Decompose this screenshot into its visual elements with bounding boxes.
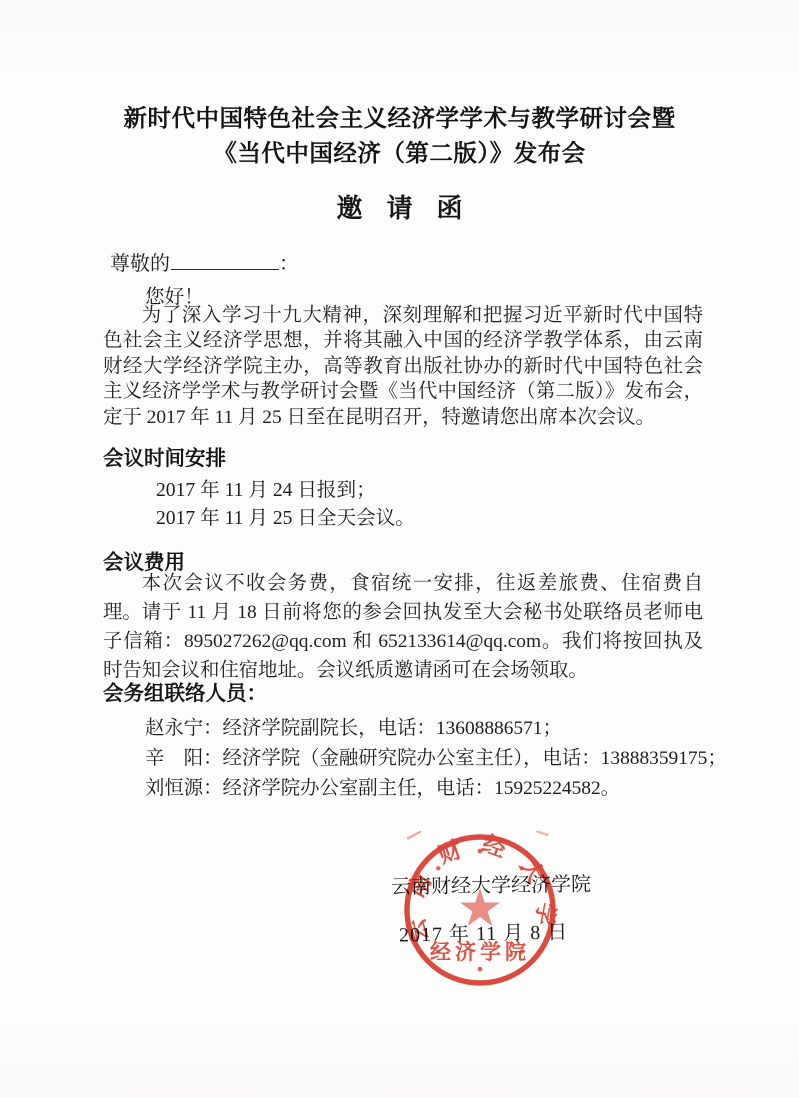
letter-type-heading: 邀请函 (0, 188, 799, 225)
schedule-item-1: 2017 年 11 月 24 日报到； (156, 473, 376, 502)
seal-dot (520, 866, 524, 870)
scanned-invitation-letter: 新时代中国特色社会主义经济学学术与教学研讨会暨 《当代中国经济（第二版）》发布会… (0, 0, 799, 1098)
contact-line-2: 辛 阳：经济学院（金融研究院办公室主任），电话：13888359175； (145, 742, 727, 770)
schedule-item-2: 2017 年 11 月 25 日全天会议。 (156, 501, 415, 530)
seal-dot (520, 950, 524, 954)
document-title-line2: 《当代中国经济（第二版）》发布会 (0, 134, 799, 168)
fees-paragraph-2: 请于 11 月 18 日前将您的参会回执发至大会秘书处联络员老师电子信箱：895… (103, 598, 703, 686)
seal-graphic: 云南财经大学 经济学院 (398, 828, 562, 992)
salutation: 尊敬的： (110, 247, 299, 276)
seal-ink-smudge (536, 830, 549, 836)
salutation-blank-line (171, 249, 279, 270)
contacts-heading: 会务组联络人员： (103, 676, 267, 706)
seal-star-icon (460, 888, 500, 926)
seal-bottom-text: 经济学院 (430, 940, 530, 964)
official-seal-stamp: 云南财经大学 经济学院 (398, 828, 562, 992)
contact-line-1: 赵永宁：经济学院副院长，电话：13608886571； (145, 712, 562, 740)
seal-dot (478, 849, 483, 854)
seal-dot (436, 950, 440, 954)
seal-dot (478, 967, 483, 972)
salutation-colon: ： (279, 253, 299, 275)
salutation-prefix: 尊敬的 (110, 253, 170, 275)
intro-paragraph: 为了深入学习十九大精神，深刻理解和把握习近平新时代中国特色社会主义经济学思想，并… (103, 303, 703, 430)
seal-ink-smudge (406, 830, 421, 840)
schedule-heading: 会议时间安排 (103, 441, 226, 471)
seal-dot (436, 866, 440, 870)
seal-ring-text: 云南财经大学 (400, 830, 561, 944)
document-title-line1: 新时代中国特色社会主义经济学学术与教学研讨会暨 (0, 99, 799, 133)
contact-line-3: 刘恒源：经济学院办公室副主任，电话：15925224582。 (145, 772, 620, 800)
